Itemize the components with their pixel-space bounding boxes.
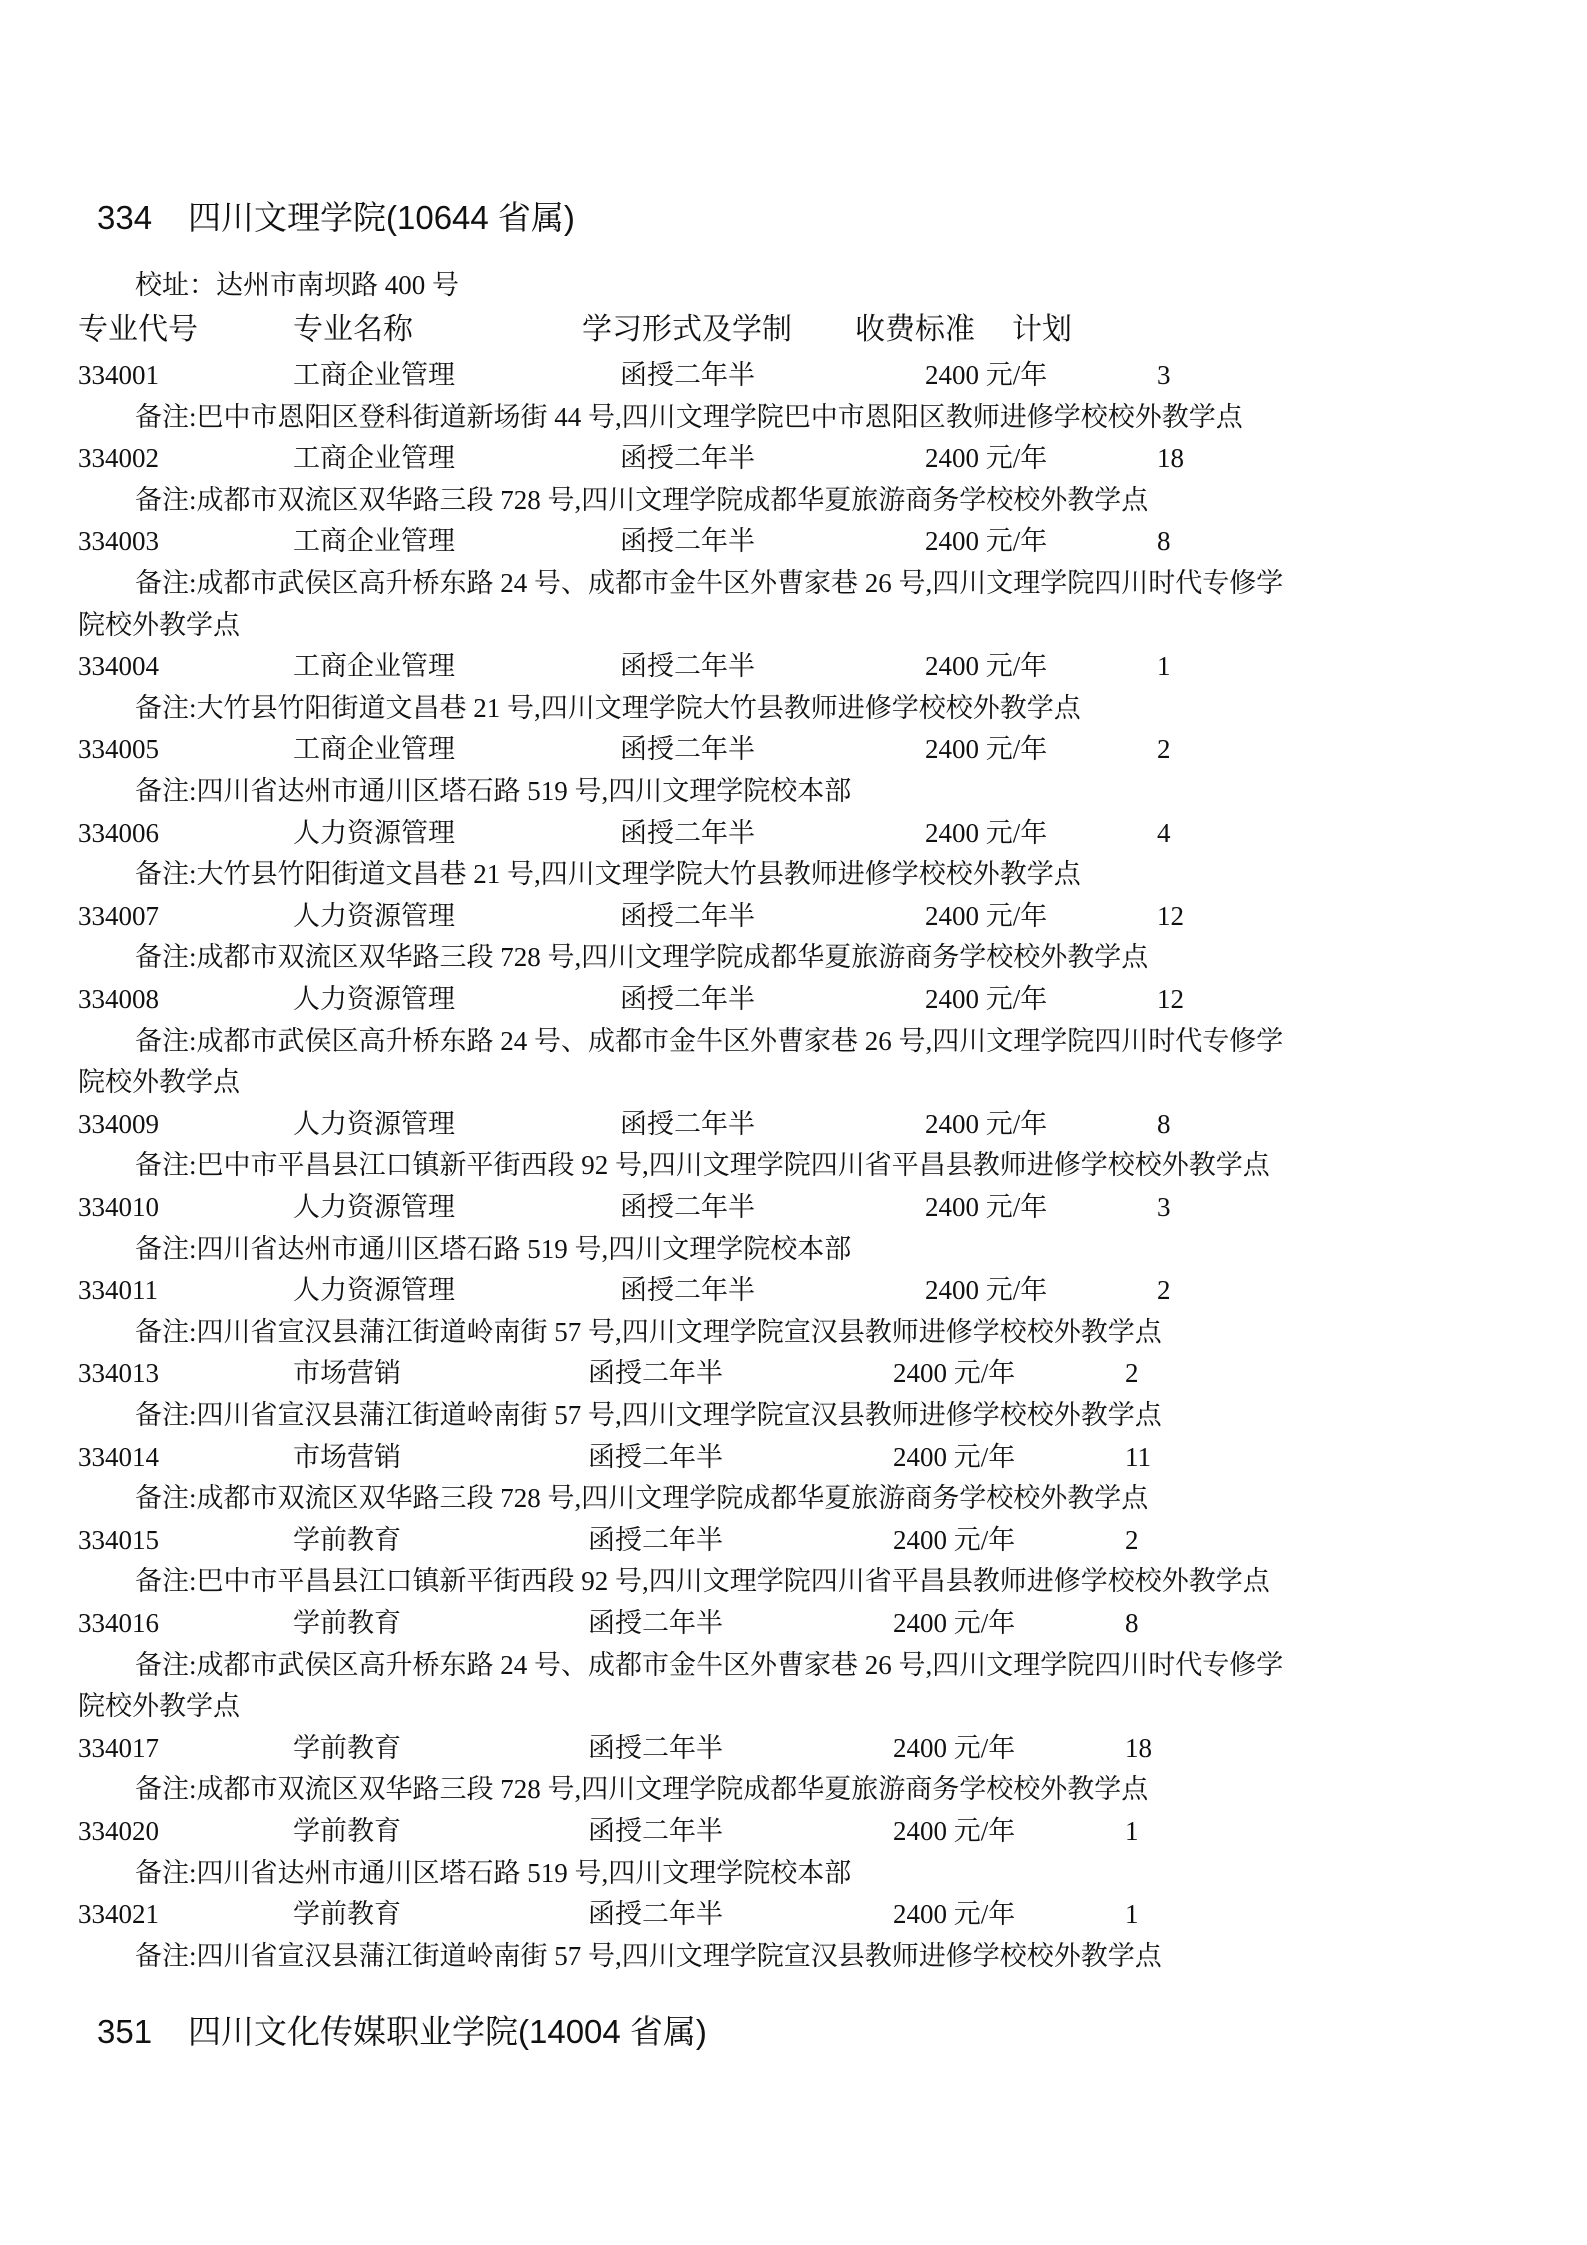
program-study-form: 函授二年半 [620,649,755,683]
program-plan-count: 12 [1157,982,1184,1016]
program-plan-count: 3 [1157,358,1171,392]
program-fee: 2400 元/年 [893,1356,1015,1390]
column-header-code: 专业代号 [78,312,198,348]
program-plan-count: 18 [1157,441,1184,475]
program-plan-count: 8 [1157,1107,1171,1141]
program-name: 人力资源管理 [293,1190,455,1224]
program-remark-continued: 院校外教学点 [78,1065,240,1099]
program-remark: 备注:成都市双流区双华路三段 728 号,四川文理学院成都华夏旅游商务学校校外教… [135,483,1148,517]
program-plan-count: 8 [1125,1606,1139,1640]
program-remark: 备注:大竹县竹阳街道文昌巷 21 号,四川文理学院大竹县教师进修学校校外教学点 [135,857,1081,891]
program-code: 334014 [78,1440,159,1474]
column-header-name: 专业名称 [293,312,413,348]
program-fee: 2400 元/年 [925,1107,1047,1141]
program-fee: 2400 元/年 [925,441,1047,475]
program-remark: 备注:成都市双流区双华路三段 728 号,四川文理学院成都华夏旅游商务学校校外教… [135,1772,1148,1806]
program-study-form: 函授二年半 [588,1440,723,1474]
program-code: 334001 [78,358,159,392]
program-plan-count: 1 [1125,1897,1139,1931]
program-code: 334007 [78,899,159,933]
program-study-form: 函授二年半 [588,1731,723,1765]
program-remark: 备注:大竹县竹阳街道文昌巷 21 号,四川文理学院大竹县教师进修学校校外教学点 [135,691,1081,725]
program-study-form: 函授二年半 [588,1897,723,1931]
program-code: 334004 [78,649,159,683]
program-remark: 备注:四川省达州市通川区塔石路 519 号,四川文理学院校本部 [135,774,851,808]
program-fee: 2400 元/年 [893,1440,1015,1474]
program-study-form: 函授二年半 [620,1107,755,1141]
program-remark: 备注:四川省达州市通川区塔石路 519 号,四川文理学院校本部 [135,1856,851,1890]
program-study-form: 函授二年半 [620,441,755,475]
program-code: 334015 [78,1523,159,1557]
program-remark: 备注:巴中市平昌县江口镇新平街西段 92 号,四川文理学院四川省平昌县教师进修学… [135,1148,1270,1182]
program-fee: 2400 元/年 [893,1606,1015,1640]
program-plan-count: 4 [1157,816,1171,850]
program-name: 人力资源管理 [293,982,455,1016]
column-header-form: 学习形式及学制 [582,312,792,348]
program-name: 工商企业管理 [293,441,455,475]
program-code: 334011 [78,1273,158,1307]
school-name: 四川文理学院(10644 省属) [188,198,575,238]
program-plan-count: 8 [1157,524,1171,558]
program-remark: 备注:巴中市恩阳区登科街道新场街 44 号,四川文理学院巴中市恩阳区教师进修学校… [135,400,1243,434]
program-code: 334020 [78,1814,159,1848]
program-remark-continued: 院校外教学点 [78,1689,240,1723]
program-code: 334010 [78,1190,159,1224]
program-plan-count: 3 [1157,1190,1171,1224]
program-plan-count: 1 [1157,649,1171,683]
program-fee: 2400 元/年 [925,1273,1047,1307]
program-fee: 2400 元/年 [893,1523,1015,1557]
program-study-form: 函授二年半 [620,816,755,850]
column-header-plan: 计划 [1012,312,1072,348]
program-name: 学前教育 [293,1814,401,1848]
program-study-form: 函授二年半 [620,899,755,933]
program-name: 学前教育 [293,1523,401,1557]
program-study-form: 函授二年半 [588,1814,723,1848]
program-code: 334006 [78,816,159,850]
program-code: 334002 [78,441,159,475]
program-study-form: 函授二年半 [588,1523,723,1557]
program-name: 工商企业管理 [293,732,455,766]
program-plan-count: 11 [1125,1440,1151,1474]
program-remark: 备注:成都市双流区双华路三段 728 号,四川文理学院成都华夏旅游商务学校校外教… [135,1481,1148,1515]
next-school-name: 四川文化传媒职业学院(14004 省属) [188,2012,707,2052]
school-number: 334 [97,198,152,238]
program-code: 334008 [78,982,159,1016]
program-name: 工商企业管理 [293,649,455,683]
program-study-form: 函授二年半 [620,1273,755,1307]
program-study-form: 函授二年半 [620,1190,755,1224]
program-plan-count: 2 [1125,1523,1139,1557]
program-remark: 备注:巴中市平昌县江口镇新平街西段 92 号,四川文理学院四川省平昌县教师进修学… [135,1564,1270,1598]
program-fee: 2400 元/年 [893,1814,1015,1848]
column-header-fee: 收费标准 [855,312,975,348]
next-school-number: 351 [97,2012,152,2052]
program-code: 334003 [78,524,159,558]
program-name: 市场营销 [293,1356,401,1390]
program-code: 334005 [78,732,159,766]
program-plan-count: 2 [1157,1273,1171,1307]
program-name: 人力资源管理 [293,816,455,850]
program-study-form: 函授二年半 [620,982,755,1016]
program-remark: 备注:成都市武侯区高升桥东路 24 号、成都市金牛区外曹家巷 26 号,四川文理… [135,566,1283,600]
program-fee: 2400 元/年 [925,732,1047,766]
program-study-form: 函授二年半 [588,1606,723,1640]
program-study-form: 函授二年半 [620,732,755,766]
program-fee: 2400 元/年 [893,1897,1015,1931]
program-code: 334016 [78,1606,159,1640]
program-remark: 备注:四川省达州市通川区塔石路 519 号,四川文理学院校本部 [135,1232,851,1266]
program-remark: 备注:成都市武侯区高升桥东路 24 号、成都市金牛区外曹家巷 26 号,四川文理… [135,1648,1283,1682]
program-name: 市场营销 [293,1440,401,1474]
program-code: 334009 [78,1107,159,1141]
program-remark: 备注:四川省宣汉县蒲江街道岭南街 57 号,四川文理学院宣汉县教师进修学校校外教… [135,1939,1162,1973]
program-fee: 2400 元/年 [925,982,1047,1016]
program-fee: 2400 元/年 [925,524,1047,558]
program-study-form: 函授二年半 [620,524,755,558]
program-remark: 备注:成都市武侯区高升桥东路 24 号、成都市金牛区外曹家巷 26 号,四川文理… [135,1024,1283,1058]
program-fee: 2400 元/年 [925,358,1047,392]
program-fee: 2400 元/年 [925,1190,1047,1224]
program-code: 334021 [78,1897,159,1931]
program-plan-count: 2 [1125,1356,1139,1390]
program-study-form: 函授二年半 [588,1356,723,1390]
school-address: 校址：达州市南坝路 400 号 [135,268,459,302]
program-name: 人力资源管理 [293,1273,455,1307]
program-name: 人力资源管理 [293,899,455,933]
program-remark: 备注:成都市双流区双华路三段 728 号,四川文理学院成都华夏旅游商务学校校外教… [135,940,1148,974]
program-name: 学前教育 [293,1731,401,1765]
program-fee: 2400 元/年 [925,816,1047,850]
program-plan-count: 2 [1157,732,1171,766]
program-remark: 备注:四川省宣汉县蒲江街道岭南街 57 号,四川文理学院宣汉县教师进修学校校外教… [135,1398,1162,1432]
program-name: 人力资源管理 [293,1107,455,1141]
program-fee: 2400 元/年 [893,1731,1015,1765]
program-name: 工商企业管理 [293,524,455,558]
program-fee: 2400 元/年 [925,649,1047,683]
program-code: 334013 [78,1356,159,1390]
program-code: 334017 [78,1731,159,1765]
program-remark-continued: 院校外教学点 [78,608,240,642]
program-remark: 备注:四川省宣汉县蒲江街道岭南街 57 号,四川文理学院宣汉县教师进修学校校外教… [135,1315,1162,1349]
program-fee: 2400 元/年 [925,899,1047,933]
program-name: 工商企业管理 [293,358,455,392]
program-plan-count: 12 [1157,899,1184,933]
program-name: 学前教育 [293,1897,401,1931]
program-plan-count: 18 [1125,1731,1152,1765]
program-study-form: 函授二年半 [620,358,755,392]
program-plan-count: 1 [1125,1814,1139,1848]
program-name: 学前教育 [293,1606,401,1640]
